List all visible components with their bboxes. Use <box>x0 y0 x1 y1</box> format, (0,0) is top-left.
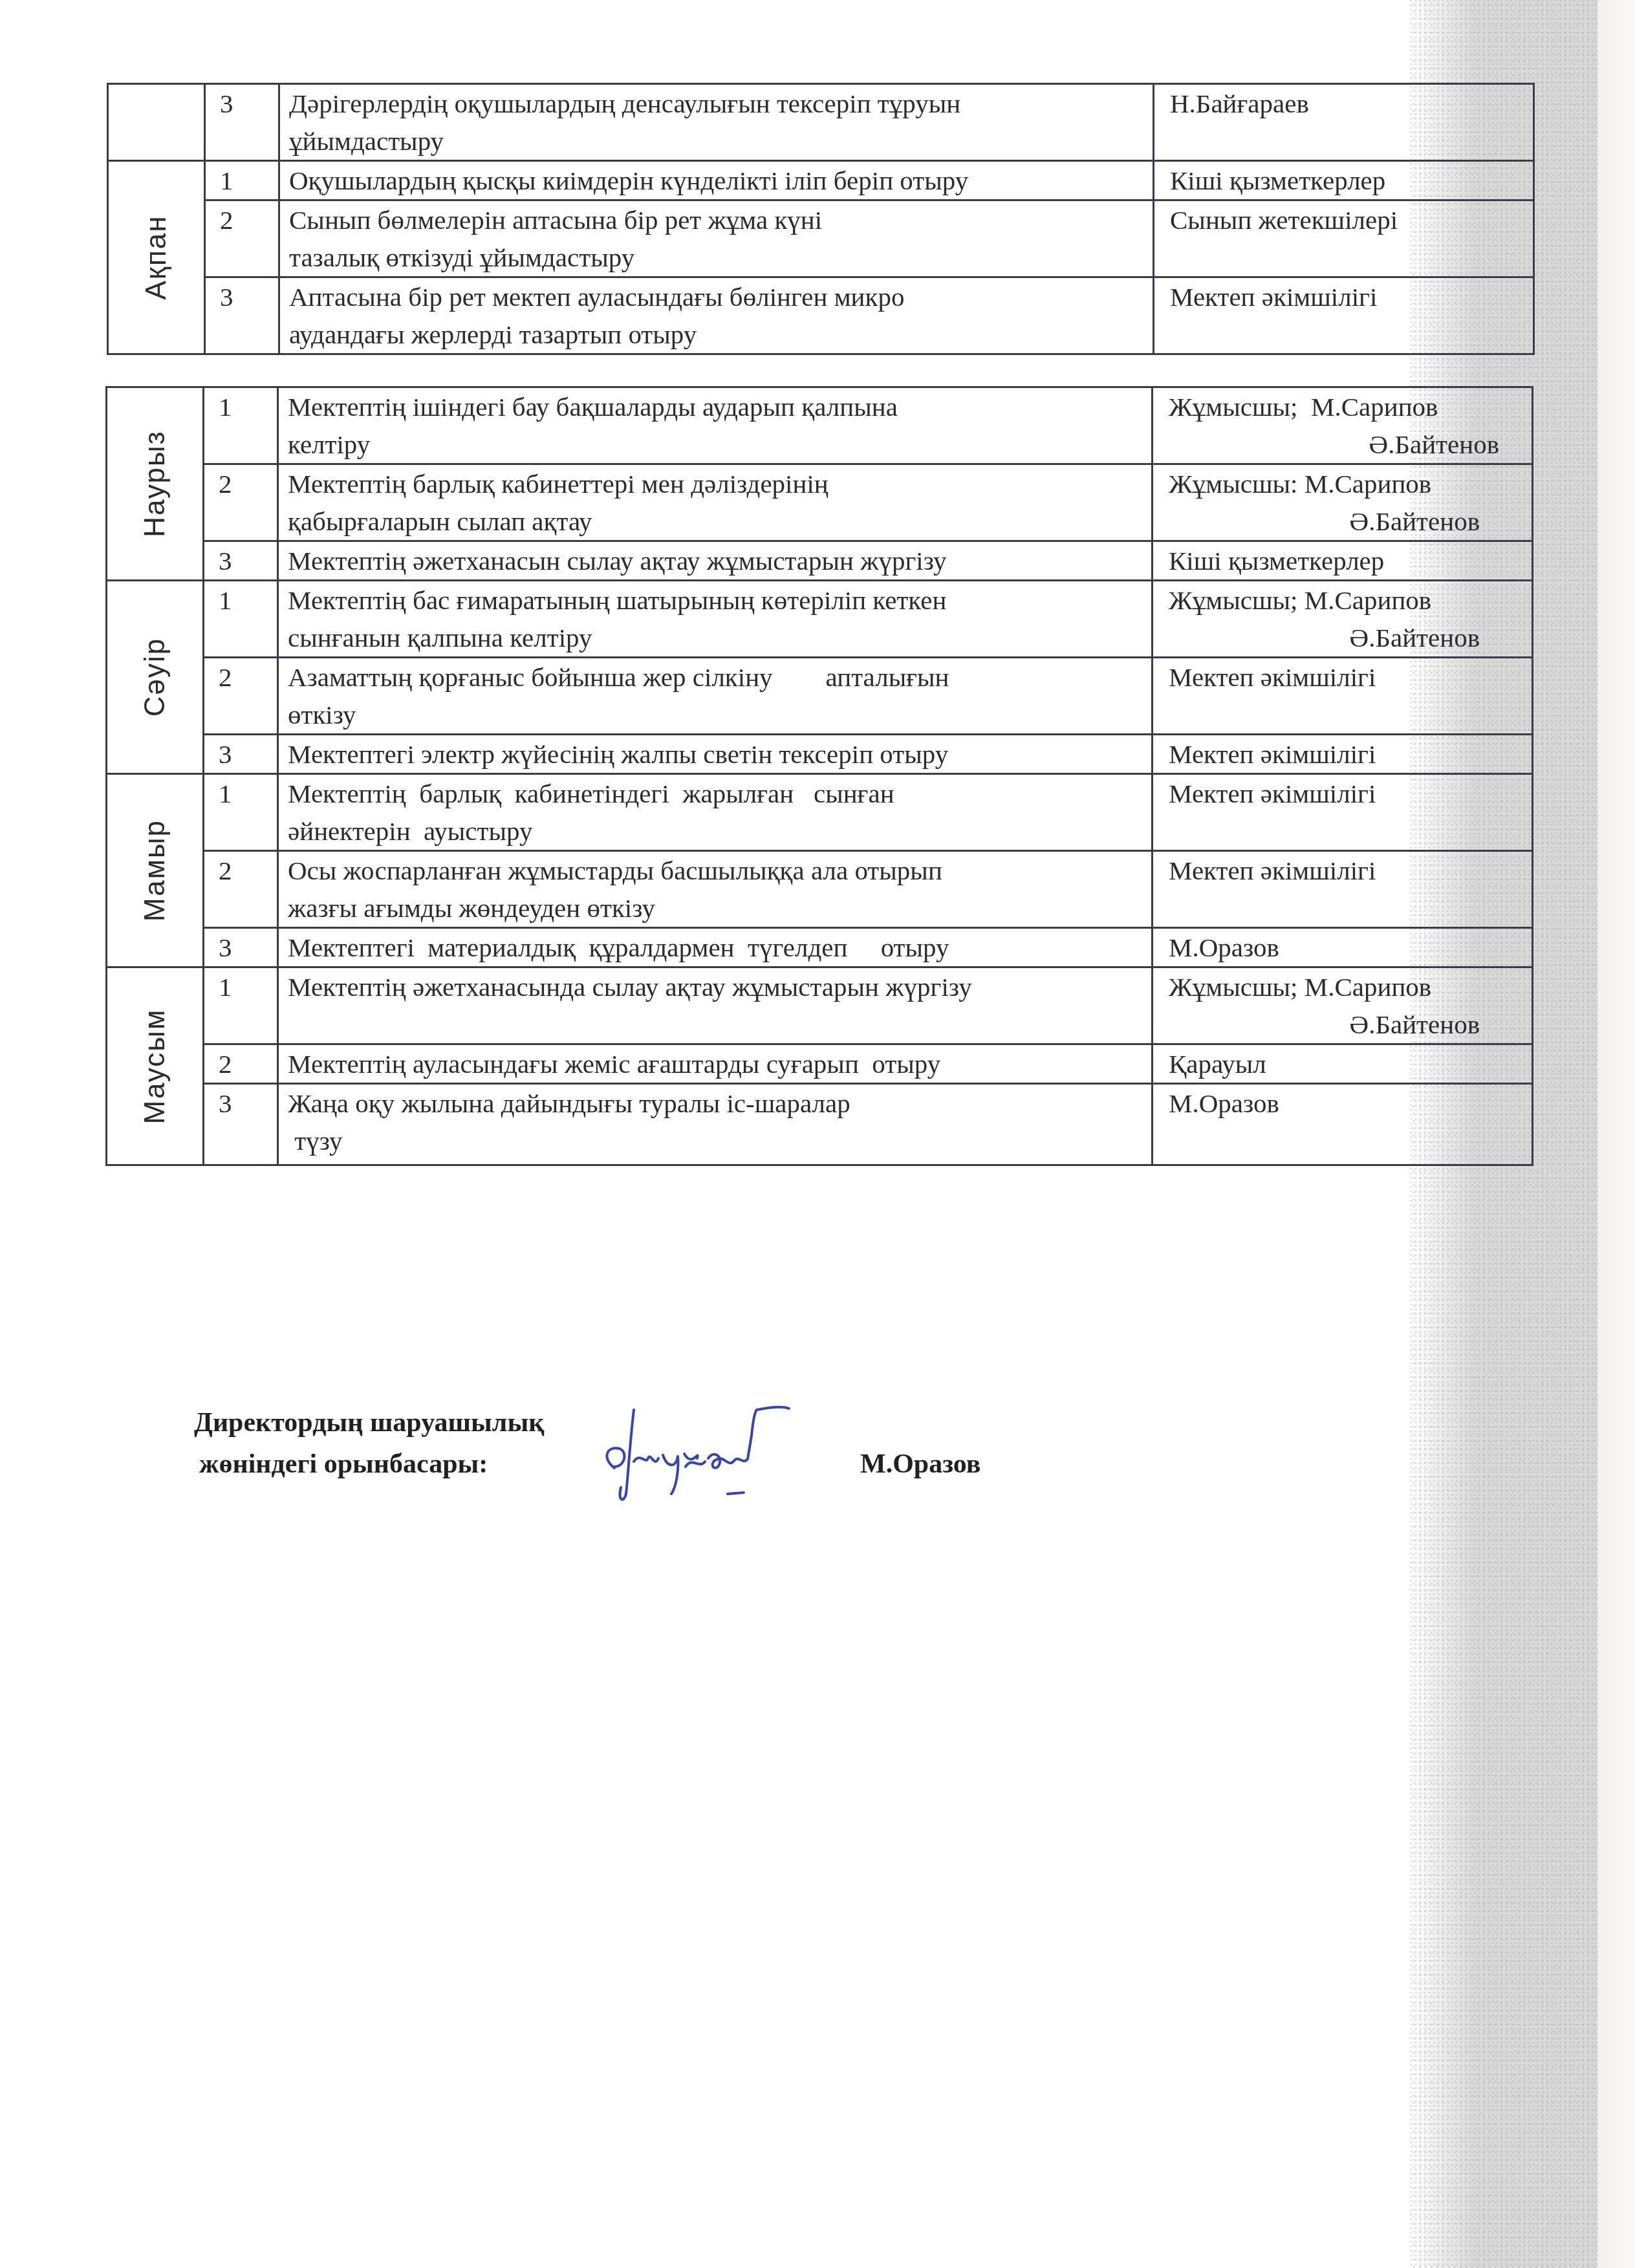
task-text: келтіру <box>288 426 1151 463</box>
task-text: Аптасына бір рет мектеп ауласындағы бөлі… <box>289 278 1153 316</box>
task-text: әйнектерін ауыстыру <box>288 812 1151 850</box>
responsible-text: Мектеп әкімшілігі <box>1169 739 1376 769</box>
responsible-text: Мектеп әкімшілігі <box>1170 282 1377 312</box>
task-cell: Мектептің ішіндегі бау бақшаларды аудары… <box>278 387 1153 464</box>
responsible-cell: Жұмысшы; М.Сарипов Ә.Байтенов <box>1153 581 1533 658</box>
item-number: 1 <box>204 967 278 1044</box>
task-text: Оқушылардың қысқы киімдерін күнделікті і… <box>289 162 1153 199</box>
responsible-text: Н.Байғараев <box>1170 89 1309 118</box>
responsible-text: М.Оразов <box>1169 933 1279 962</box>
task-cell: Осы жоспарланған жұмыстарды басшылыққа а… <box>278 851 1153 928</box>
responsible-text: Жұмысшы; М.Сарипов <box>1169 972 1431 1002</box>
table-row: Ақпан 1 Оқушылардың қысқы киімдерін күнд… <box>108 161 1534 200</box>
task-text: Мектептің бас ғимаратының шатырының көте… <box>288 581 1151 619</box>
task-cell: Оқушылардың қысқы киімдерін күнделікті і… <box>279 161 1154 200</box>
item-number: 3 <box>205 277 279 354</box>
responsible-cell: Мектеп әкімшілігі <box>1153 774 1533 851</box>
signatory-name: М.Оразов <box>860 1445 980 1484</box>
responsible-text: Ә.Байтенов <box>1169 426 1532 463</box>
month-label-sauir: Сәуір <box>107 581 204 774</box>
responsible-text: Кіші қызметкерлер <box>1170 166 1385 195</box>
item-number: 2 <box>204 1044 278 1084</box>
task-cell: Аптасына бір рет мектеп ауласындағы бөлі… <box>279 277 1154 354</box>
task-cell: Мектептің әжетханасын сылау ақтау жұмыст… <box>278 541 1153 581</box>
task-text: Мектептің барлық кабинеттері мен дәлізде… <box>288 465 1151 502</box>
responsible-cell: Жұмысшы: М.Сарипов Ә.Байтенов <box>1153 464 1533 541</box>
table-row: 3 Мектептегі электр жүйесінің жалпы свет… <box>107 735 1533 774</box>
plan-table-1: 3 Дәрігерлердің оқушылардың денсаулығын … <box>107 83 1535 355</box>
table-row: 2 Азаматтың қорғаныс бойынша жер сілкіну… <box>107 658 1533 735</box>
signatory-title-line-1: Директордың шаруашылық <box>194 1403 544 1442</box>
responsible-text: Ә.Байтенов <box>1169 619 1532 656</box>
responsible-cell: Мектеп әкімшілігі <box>1153 851 1533 928</box>
table-row: Мамыр 1 Мектептің барлық кабинетіндегі ж… <box>107 774 1533 851</box>
table-row: Маусым 1 Мектептің әжетханасында сылау а… <box>107 967 1533 1044</box>
task-text: сынғанын қалпына келтіру <box>288 619 1151 656</box>
responsible-cell: Қарауыл <box>1153 1044 1533 1084</box>
responsible-text: Қарауыл <box>1169 1049 1266 1079</box>
responsible-text: Кіші қызметкерлер <box>1169 546 1384 576</box>
responsible-cell: Сынып жетекшілері <box>1154 200 1534 277</box>
table-row: 3 Мектептің әжетханасын сылау ақтау жұмы… <box>107 541 1533 581</box>
table-row: 3 Жаңа оқу жылына дайындығы туралы іс-ша… <box>107 1084 1533 1165</box>
task-cell: Мектептегі материалдық құралдармен түгел… <box>278 928 1153 967</box>
task-text: өткізу <box>288 696 1151 733</box>
task-text: Азаматтың қорғаныс бойынша жер сілкіну а… <box>288 658 1151 696</box>
task-text: Жаңа оқу жылына дайындығы туралы іс-шара… <box>288 1085 1151 1122</box>
responsible-cell: Мектеп әкімшілігі <box>1153 735 1533 774</box>
responsible-cell: Жұмысшы; М.Сарипов Ә.Байтенов <box>1153 387 1533 464</box>
table-row: Сәуір 1 Мектептің бас ғимаратының шатыры… <box>107 581 1533 658</box>
responsible-cell: Мектеп әкімшілігі <box>1154 277 1534 354</box>
table-row: 2 Мектептің ауласындағы жеміс ағаштарды … <box>107 1044 1533 1084</box>
task-cell: Мектептің бас ғимаратының шатырының көте… <box>278 581 1153 658</box>
task-text: Мектептің әжетханасын сылау ақтау жұмыст… <box>288 542 1151 579</box>
plan-table-2: Наурыз 1 Мектептің ішіндегі бау бақшалар… <box>105 386 1533 1166</box>
item-number: 1 <box>205 161 279 200</box>
table-row: 2 Осы жоспарланған жұмыстарды басшылыққа… <box>107 851 1533 928</box>
task-text: қабырғаларын сылап ақтау <box>288 502 1151 540</box>
responsible-text: Мектеп әкімшілігі <box>1169 662 1376 692</box>
responsible-text: Жұмысшы; М.Сарипов <box>1169 585 1431 615</box>
table-row: 3 Дәрігерлердің оқушылардың денсаулығын … <box>108 84 1534 161</box>
task-text: Мектептің ішіндегі бау бақшаларды аудары… <box>288 388 1151 426</box>
task-text: аудандағы жерлерді тазартып отыру <box>289 316 1153 353</box>
task-text: Мектептің барлық кабинетіндегі жарылған … <box>288 775 1151 812</box>
task-cell: Дәрігерлердің оқушылардың денсаулығын те… <box>279 84 1154 161</box>
task-cell: Мектептің барлық кабинеттері мен дәлізде… <box>278 464 1153 541</box>
signatory-title-line-2: жөніндегі орынбасары: <box>199 1445 488 1484</box>
task-text: тазалық өткізуді ұйымдастыру <box>289 239 1153 276</box>
responsible-text: Жұмысшы: М.Сарипов <box>1169 469 1431 499</box>
responsible-cell: Кіші қызметкерлер <box>1153 541 1533 581</box>
month-label-mamyr: Мамыр <box>107 774 204 967</box>
month-label-mausym: Маусым <box>107 967 204 1165</box>
responsible-cell: Мектеп әкімшілігі <box>1153 658 1533 735</box>
responsible-text: Жұмысшы; М.Сарипов <box>1169 392 1438 422</box>
handwritten-signature-icon <box>595 1397 808 1507</box>
table-row: 2 Мектептің барлық кабинеттері мен дәліз… <box>107 464 1533 541</box>
item-number: 3 <box>204 541 278 581</box>
item-number: 3 <box>204 928 278 967</box>
task-cell: Мектептегі электр жүйесінің жалпы светін… <box>278 735 1153 774</box>
task-text: Мектептегі материалдық құралдармен түгел… <box>288 929 1151 966</box>
task-cell: Сынып бөлмелерін аптасына бір рет жұма к… <box>279 200 1154 277</box>
item-number: 3 <box>204 1084 278 1165</box>
table-row: 3 Мектептегі материалдық құралдармен түг… <box>107 928 1533 967</box>
responsible-cell: М.Оразов <box>1153 1084 1533 1165</box>
item-number: 2 <box>205 200 279 277</box>
item-number: 3 <box>205 84 279 161</box>
table-row: 3 Аптасына бір рет мектеп ауласындағы бө… <box>108 277 1534 354</box>
task-text: Мектептің әжетханасында сылау ақтау жұмы… <box>288 968 1151 1006</box>
table-row: 2 Сынып бөлмелерін аптасына бір рет жұма… <box>108 200 1534 277</box>
responsible-text: М.Оразов <box>1169 1088 1279 1118</box>
task-text: жазғы ағымды жөндеуден өткізу <box>288 889 1151 927</box>
responsible-text: Ә.Байтенов <box>1169 502 1532 540</box>
responsible-text: Сынып жетекшілері <box>1170 205 1398 235</box>
table-row: Наурыз 1 Мектептің ішіндегі бау бақшалар… <box>107 387 1533 464</box>
task-text: Сынып бөлмелерін аптасына бір рет жұма к… <box>289 201 1153 239</box>
task-text: ұйымдастыру <box>289 122 1153 160</box>
month-cell-empty <box>108 84 205 161</box>
task-text: Мектептің ауласындағы жеміс ағаштарды су… <box>288 1045 1151 1083</box>
item-number: 3 <box>204 735 278 774</box>
item-number: 2 <box>204 658 278 735</box>
task-text: Дәрігерлердің оқушылардың денсаулығын те… <box>289 85 1153 122</box>
responsible-cell: Н.Байғараев <box>1154 84 1534 161</box>
responsible-text: Ә.Байтенов <box>1169 1006 1532 1043</box>
task-cell: Мектептің ауласындағы жеміс ағаштарды су… <box>278 1044 1153 1084</box>
responsible-text: Мектеп әкімшілігі <box>1169 856 1376 885</box>
task-text: Мектептегі электр жүйесінің жалпы светін… <box>288 735 1151 773</box>
month-label-nauryz: Наурыз <box>107 387 204 581</box>
task-text: түзу <box>288 1122 1151 1160</box>
item-number: 2 <box>204 464 278 541</box>
task-cell: Мектептің барлық кабинетіндегі жарылған … <box>278 774 1153 851</box>
responsible-cell: М.Оразов <box>1153 928 1533 967</box>
task-cell: Мектептің әжетханасында сылау ақтау жұмы… <box>278 967 1153 1044</box>
responsible-cell: Жұмысшы; М.Сарипов Ә.Байтенов <box>1153 967 1533 1044</box>
month-label-akpan: Ақпан <box>108 161 205 354</box>
item-number: 1 <box>204 387 278 464</box>
task-cell: Жаңа оқу жылына дайындығы туралы іс-шара… <box>278 1084 1153 1165</box>
responsible-cell: Кіші қызметкерлер <box>1154 161 1534 200</box>
item-number: 1 <box>204 774 278 851</box>
item-number: 1 <box>204 581 278 658</box>
responsible-text: Мектеп әкімшілігі <box>1169 779 1376 808</box>
item-number: 2 <box>204 851 278 928</box>
task-cell: Азаматтың қорғаныс бойынша жер сілкіну а… <box>278 658 1153 735</box>
task-text: Осы жоспарланған жұмыстарды басшылыққа а… <box>288 852 1151 889</box>
scan-page-edge <box>1597 0 1635 2268</box>
